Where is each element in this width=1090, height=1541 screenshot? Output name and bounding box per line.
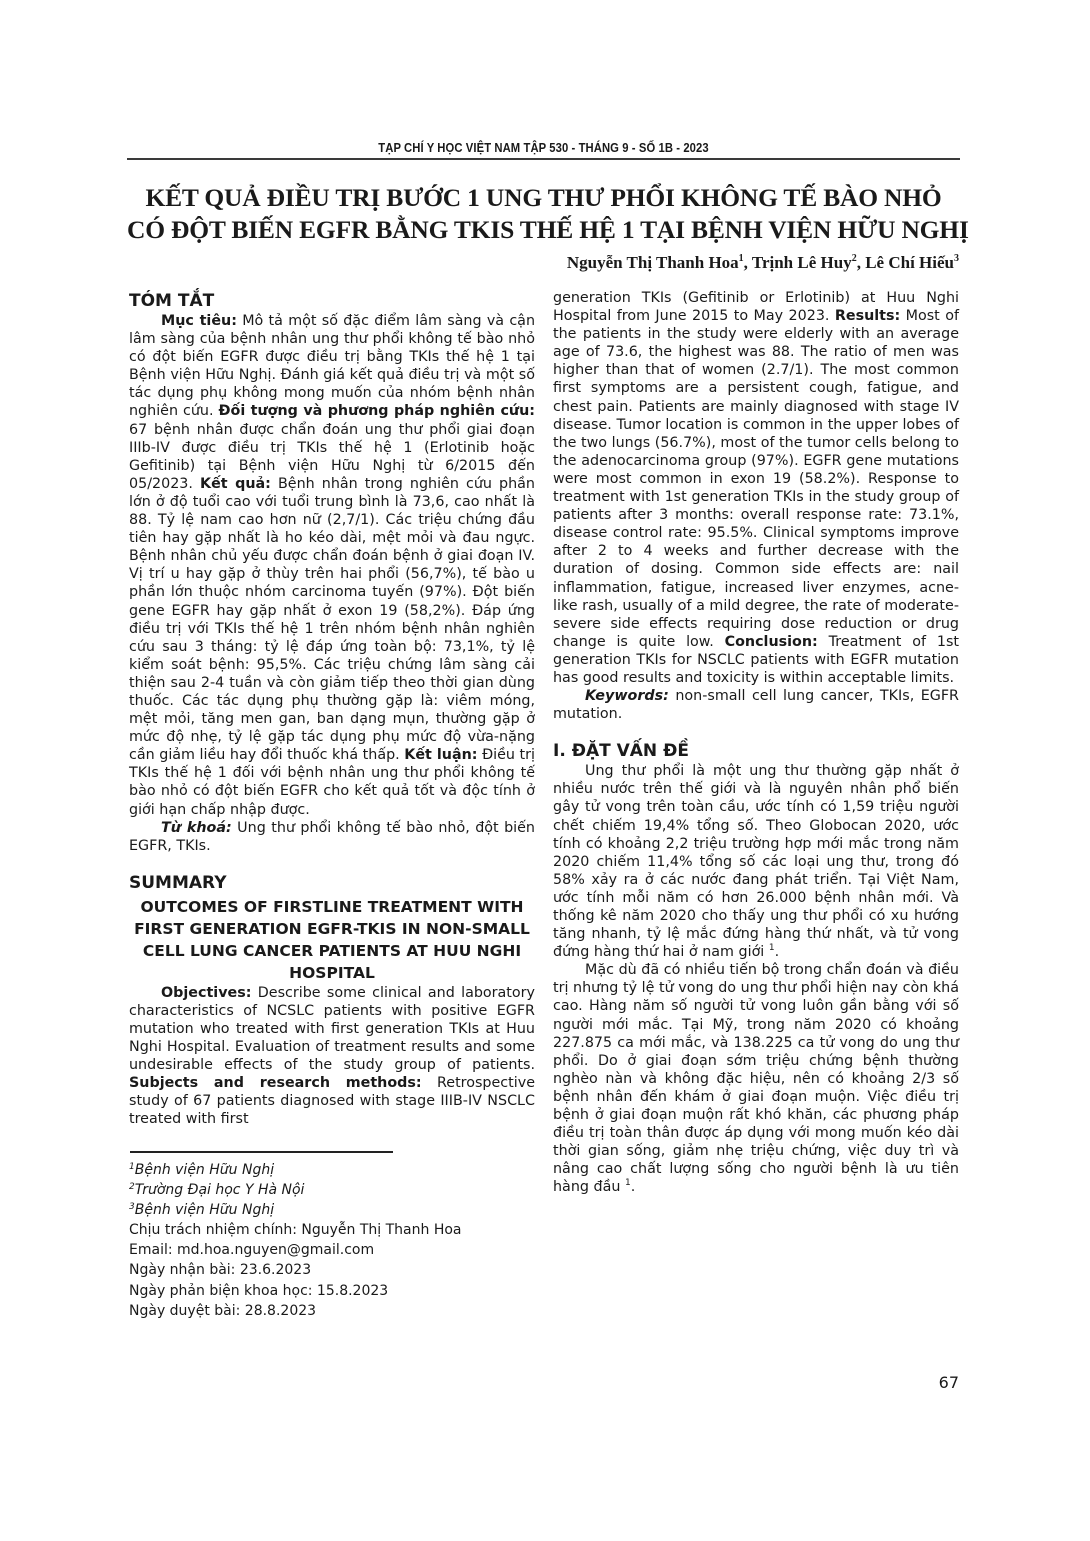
affiliation-text: Bệnh viện Hữu Nghị	[135, 1162, 274, 1178]
paragraph-end: .	[775, 944, 780, 960]
keywords-label: Từ khoá:	[161, 820, 232, 836]
date-accepted: Ngày duyệt bài: 28.8.2023	[129, 1301, 535, 1321]
objective-label: Mục tiêu:	[161, 313, 237, 329]
conclusion-label: Kết luận:	[404, 747, 477, 763]
author-affiliation-sup: 2	[852, 253, 857, 264]
affiliation-text: Trường Đại học Y Hà Nội	[135, 1182, 305, 1198]
keywords-en: Keywords: non-small cell lung cancer, TK…	[553, 687, 959, 723]
summary-heading: SUMMARY	[129, 872, 535, 894]
paragraph-text: Mặc dù đã có nhiều tiến bộ trong chẩn đo…	[553, 962, 959, 1195]
author-name: Nguyễn Thị Thanh Hoa	[567, 253, 739, 272]
corresponding-author: Chịu trách nhiệm chính: Nguyễn Thị Thanh…	[129, 1220, 535, 1240]
abstract-vi-body: Mục tiêu: Mô tả một số đặc điểm lâm sàng…	[129, 312, 535, 819]
author-affiliation-sup: 3	[954, 253, 959, 264]
methods-label: Đối tượng và phương pháp nghiên cứu:	[219, 403, 535, 419]
section-1-para-1: Ung thư phổi là một ung thư thường gặp n…	[553, 762, 959, 961]
author-name: Trịnh Lê Huy	[752, 253, 852, 272]
title-line-1: KẾT QUẢ ĐIỀU TRỊ BƯỚC 1 UNG THƯ PHỔI KHÔ…	[127, 182, 960, 214]
footnote-rule	[130, 1151, 393, 1153]
affiliation-text: Bệnh viện Hữu Nghị	[135, 1202, 274, 1218]
page-number: 67	[939, 1373, 959, 1392]
subjects-label: Subjects and research methods:	[129, 1075, 422, 1091]
date-received: Ngày nhận bài: 23.6.2023	[129, 1260, 535, 1280]
header-rule	[127, 158, 960, 160]
summary-body-part1: Objectives: Describe some clinical and l…	[129, 984, 535, 1129]
email[interactable]: Email: md.hoa.nguyen@gmail.com	[129, 1240, 535, 1260]
summary-body-part2: generation TKIs (Gefitinib or Erlotinib)…	[553, 289, 959, 687]
results-text-en: Most of the patients in the study were e…	[553, 308, 959, 650]
affiliation-2: 2Trường Đại học Y Hà Nội	[129, 1180, 535, 1200]
right-column: generation TKIs (Gefitinib or Erlotinib)…	[553, 289, 959, 1197]
author-affiliation-sup: 1	[739, 253, 744, 264]
results-label: Kết quả:	[200, 476, 271, 492]
paragraph-end: .	[631, 1179, 636, 1195]
results-label-en: Results:	[835, 308, 900, 324]
paragraph-text: Ung thư phổi là một ung thư thường gặp n…	[553, 763, 959, 960]
title-line-2: CÓ ĐỘT BIẾN EGFR BẰNG TKIS THẾ HỆ 1 TẠI …	[127, 214, 960, 246]
conclusion-label-en: Conclusion:	[725, 634, 818, 650]
section-1-para-2: Mặc dù đã có nhiều tiến bộ trong chẩn đo…	[553, 961, 959, 1196]
summary-title: OUTCOMES OF FIRSTLINE TREATMENT WITH FIR…	[129, 896, 535, 984]
objectives-label: Objectives:	[161, 985, 251, 1001]
date-reviewed: Ngày phản biện khoa học: 15.8.2023	[129, 1281, 535, 1301]
abstract-vi-heading: TÓM TẮT	[129, 290, 535, 312]
section-1-heading: I. ĐẶT VẤN ĐỀ	[553, 740, 959, 762]
results-text: Bệnh nhân trong nghiên cứu phần lớn ở độ…	[129, 476, 535, 763]
author-list: Nguyễn Thị Thanh Hoa1, Trịnh Lê Huy2, Lê…	[567, 253, 959, 273]
running-head: TẠP CHÍ Y HỌC VIỆT NAM TẬP 530 - THÁNG 9…	[169, 141, 919, 155]
footnotes: 1Bệnh viện Hữu Nghị 2Trường Đại học Y Hà…	[129, 1160, 535, 1321]
article-title: KẾT QUẢ ĐIỀU TRỊ BƯỚC 1 UNG THƯ PHỔI KHÔ…	[127, 182, 960, 246]
left-column: TÓM TẮT Mục tiêu: Mô tả một số đặc điểm …	[129, 290, 535, 1129]
keywords-vi: Từ khoá: Ung thư phổi không tế bào nhỏ, …	[129, 819, 535, 855]
keywords-label-en: Keywords:	[585, 688, 669, 704]
affiliation-3: 3Bệnh viện Hữu Nghị	[129, 1200, 535, 1220]
affiliation-1: 1Bệnh viện Hữu Nghị	[129, 1160, 535, 1180]
author-name: Lê Chí Hiếu	[865, 253, 954, 272]
